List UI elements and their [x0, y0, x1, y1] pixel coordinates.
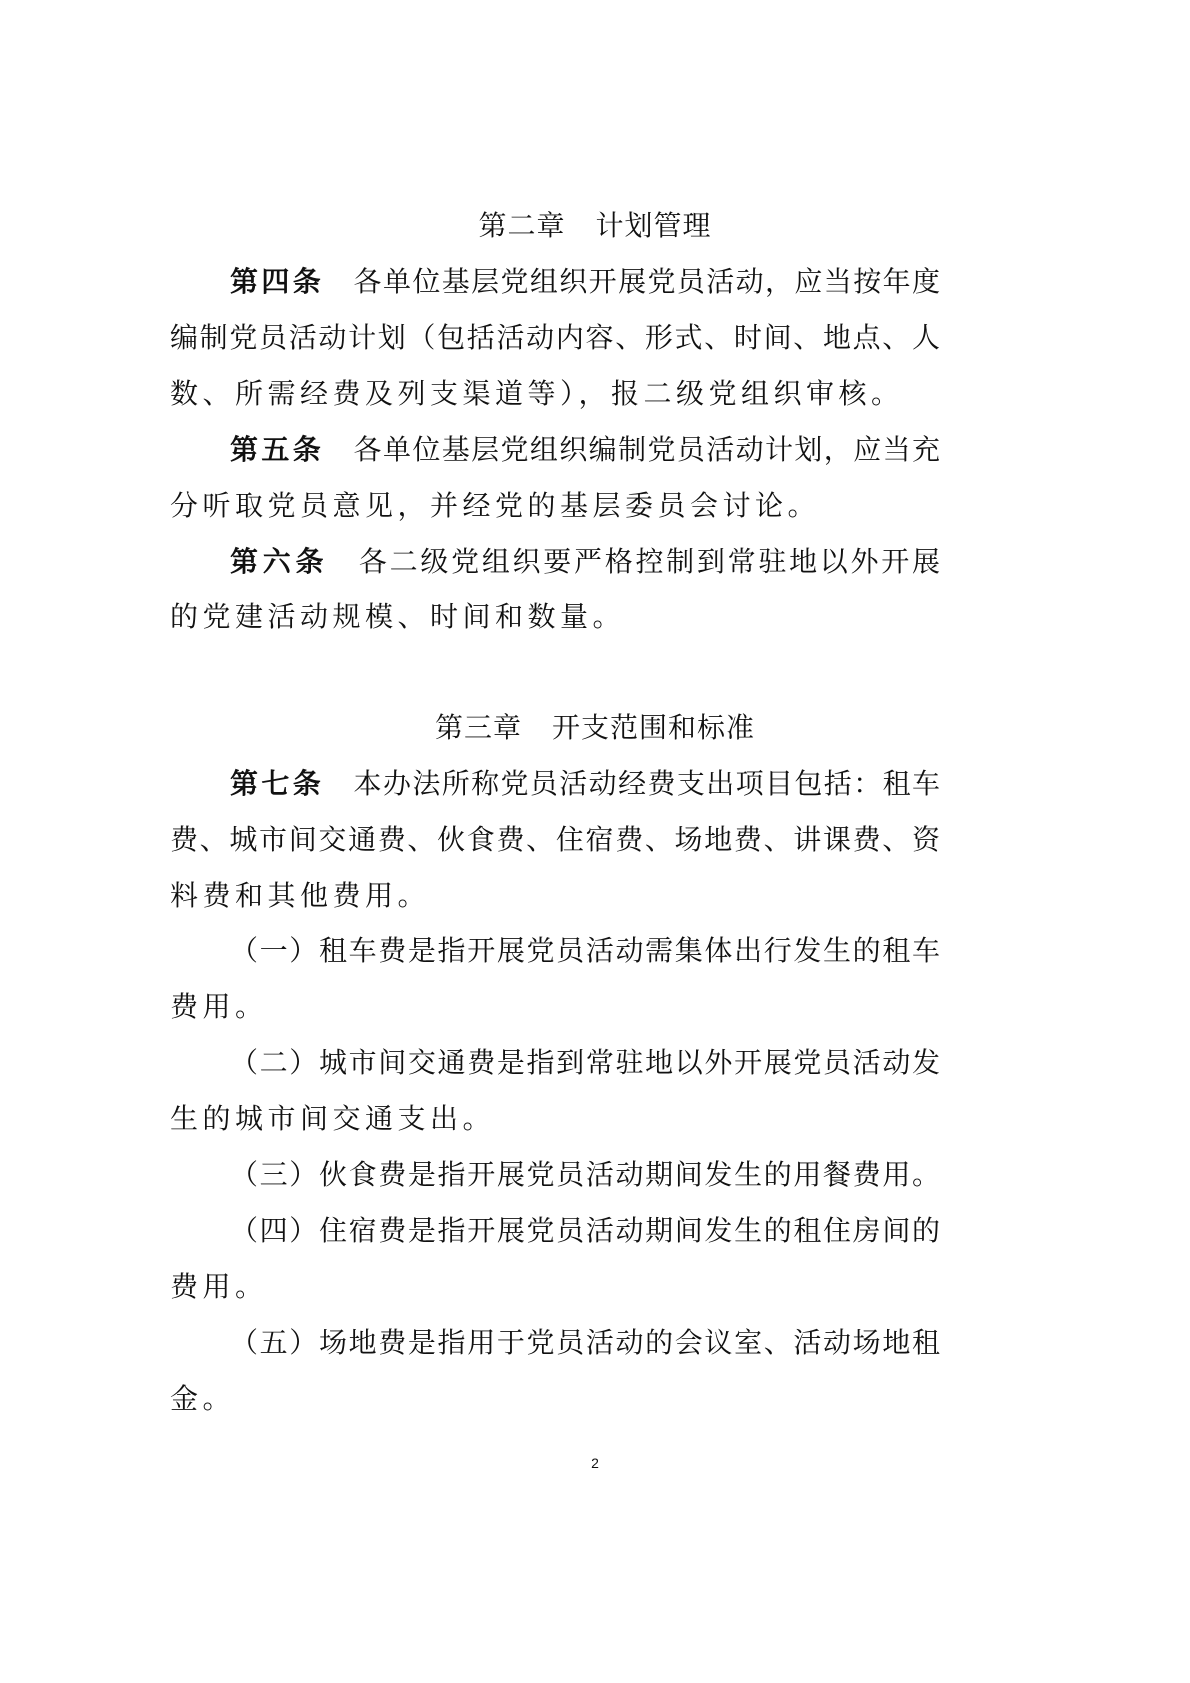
article-text-line: 编制党员活动计划（包括活动内容、形式、时间、地点、人: [170, 310, 940, 366]
chapter-title: 计划管理: [596, 209, 712, 242]
list-item-continuation: 费用。: [170, 979, 940, 1035]
article-text: 各单位基层党组织编制党员活动计划，应当充: [352, 433, 940, 466]
article-paragraph: 第七条本办法所称党员活动经费支出项目包括：租车: [170, 756, 940, 812]
article-label: 第六条: [230, 545, 328, 578]
article-text-line: 分听取党员意见，并经党的基层委员会讨论。: [170, 478, 940, 534]
article-text: 本办法所称党员活动经费支出项目包括：租车: [352, 767, 940, 800]
article-text-line: 费、城市间交通费、伙食费、住宿费、场地费、讲课费、资: [170, 812, 940, 868]
article-paragraph: 第四条各单位基层党组织开展党员活动，应当按年度: [170, 254, 940, 310]
chapter-number: 第二章: [478, 209, 565, 242]
article-text-line: 料费和其他费用。: [170, 868, 940, 924]
chapter-heading: 第三章开支范围和标准: [0, 700, 1190, 756]
article-paragraph: 第五条各单位基层党组织编制党员活动计划，应当充: [170, 422, 940, 478]
chapter-heading: 第二章计划管理: [0, 198, 1190, 254]
article-label: 第五条: [230, 433, 324, 466]
page-number: 2: [0, 1455, 1190, 1471]
chapter-title: 开支范围和标准: [552, 711, 755, 744]
article-label: 第七条: [230, 767, 324, 800]
list-item: （二）城市间交通费是指到常驻地以外开展党员活动发: [170, 1035, 940, 1091]
document-page: 第二章计划管理 第四条各单位基层党组织开展党员活动，应当按年度 编制党员活动计划…: [0, 0, 1190, 1683]
list-item-continuation: 费用。: [170, 1259, 940, 1315]
article-text: 各二级党组织要严格控制到常驻地以外开展: [356, 545, 940, 578]
list-item-continuation: 生的城市间交通支出。: [170, 1091, 940, 1147]
chapter-number: 第三章: [435, 711, 522, 744]
article-label: 第四条: [230, 265, 324, 298]
list-item: （三）伙食费是指开展党员活动期间发生的用餐费用。: [170, 1147, 940, 1203]
article-text-line: 数、所需经费及列支渠道等），报二级党组织审核。: [170, 366, 940, 422]
article-text-line: 的党建活动规模、时间和数量。: [170, 589, 940, 645]
list-item-continuation: 金。: [170, 1371, 940, 1427]
list-item: （五）场地费是指用于党员活动的会议室、活动场地租: [170, 1315, 940, 1371]
list-item: （一）租车费是指开展党员活动需集体出行发生的租车: [170, 923, 940, 979]
article-paragraph: 第六条各二级党组织要严格控制到常驻地以外开展: [170, 534, 940, 590]
list-item: （四）住宿费是指开展党员活动期间发生的租住房间的: [170, 1203, 940, 1259]
article-text: 各单位基层党组织开展党员活动，应当按年度: [352, 265, 940, 298]
